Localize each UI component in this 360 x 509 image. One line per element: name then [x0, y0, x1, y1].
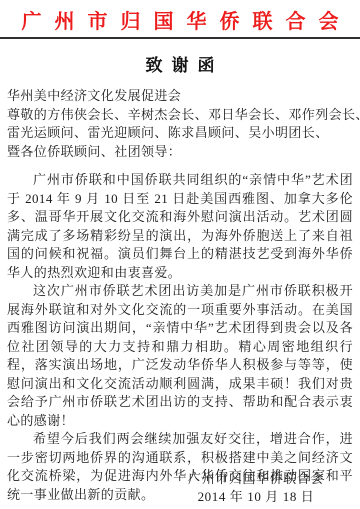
recipient-salutation-line: 雷光运顾问、雷光迎顾问、陈求昌顾问、吴小明团长、: [7, 124, 353, 143]
signature-date: 2014 年 10 月 18 日: [188, 488, 324, 506]
organization-masthead: 广州市归国华侨联合会: [0, 5, 360, 34]
letter-paragraph: 这次广州市侨联艺术团出访美加是广州市侨联积极开展海外联谊和对外文化交流的一项重要…: [7, 282, 353, 430]
recipient-salutation-line: 尊敬的方伟侠会长、辛树杰会长、邓日华会长、邓作列会长、: [7, 106, 353, 125]
letter-body: 华州美中经济文化发展促进会 尊敬的方伟侠会长、辛树杰会长、邓日华会长、邓作列会长…: [0, 87, 360, 504]
signature-block: 广州市归国华侨联合会 2014 年 10 月 18 日: [188, 470, 324, 506]
recipient-organization: 华州美中经济文化发展促进会: [7, 87, 353, 106]
document-title: 致谢函: [0, 51, 360, 76]
thank-you-letter-document: 广州市归国华侨联合会 致谢函 华州美中经济文化发展促进会 尊敬的方伟侠会长、辛树…: [0, 0, 360, 509]
recipient-block: 华州美中经济文化发展促进会 尊敬的方伟侠会长、辛树杰会长、邓日华会长、邓作列会长…: [7, 87, 353, 161]
signature-organization: 广州市归国华侨联合会: [188, 470, 324, 488]
masthead-divider: [0, 37, 360, 39]
recipient-salutation-line: 暨各位侨联顾问、社团领导：: [7, 143, 353, 162]
letter-paragraph: 广州市侨联和中国侨联共同组织的“亲情中华”艺术团于 2014 年 9 月 10 …: [7, 171, 353, 282]
letter-paragraphs: 广州市侨联和中国侨联共同组织的“亲情中华”艺术团于 2014 年 9 月 10 …: [7, 171, 353, 504]
